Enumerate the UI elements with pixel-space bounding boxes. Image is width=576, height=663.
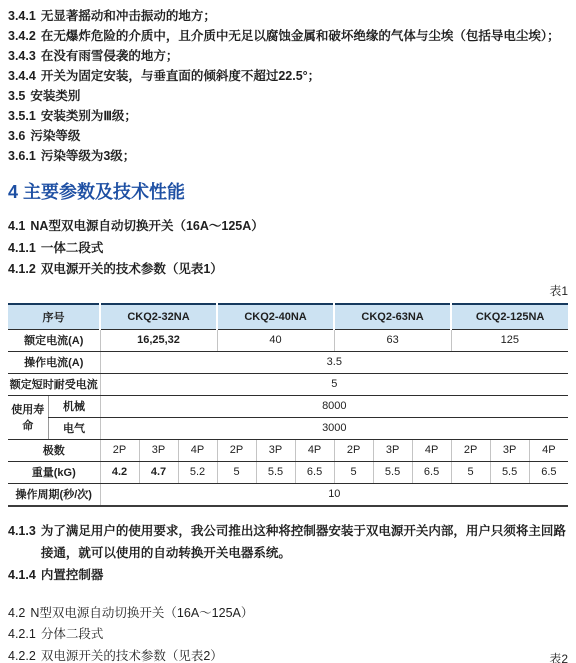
line-number: 3.4.1 [8, 6, 36, 26]
line-text: 分体二段式 [41, 624, 568, 646]
doc-line: 4.2.2 双电源开关的技术参数（见表2） [8, 646, 541, 663]
row-label: 额定短时耐受电流 [8, 373, 100, 395]
table-cell: 3P [373, 439, 412, 461]
table-cell: 4P [178, 439, 217, 461]
line-number: 4.2.2 [8, 646, 36, 663]
line-text: 安装类别 [30, 86, 568, 106]
table-cell: 5.5 [490, 461, 529, 483]
line-text: 双电源开关的技术参数（见表2） [41, 646, 542, 663]
table-cell: 8000 [100, 395, 568, 417]
table2-tag: 表2 [549, 652, 568, 663]
table-header-cell: CKQ2-32NA [100, 304, 217, 330]
table-cell: 3000 [100, 417, 568, 439]
table-header-cell: CKQ2-63NA [334, 304, 451, 330]
table-cell: 10 [100, 483, 568, 506]
section-4-2: 4.2 N型双电源自动切换开关（16A～125A） 4.2.1 分体二段式 4.… [8, 603, 568, 663]
table-cell: 5 [217, 461, 256, 483]
doc-line: 3.4.1 无显著摇动和冲击振动的地方； [8, 6, 568, 26]
table-cell: 5 [334, 461, 373, 483]
line-text: 一体二段式 [41, 238, 568, 260]
table-row-rated-current: 额定电流(A) 16,25,32 40 63 125 [8, 329, 568, 351]
line-text: 污染等级为3级； [41, 146, 568, 166]
table-cell: 4P [529, 439, 568, 461]
table-cell: 40 [217, 329, 334, 351]
row-label: 极数 [8, 439, 100, 461]
chapter-4-heading: 4 主要参数及技术性能 [8, 181, 568, 203]
doc-line: 4.1.2 双电源开关的技术参数（见表1） [8, 259, 568, 281]
table-header-cell: 序号 [8, 304, 100, 330]
line-text: 双电源开关的技术参数（见表1） [41, 259, 568, 281]
table-row-short-time-current: 额定短时耐受电流 5 [8, 373, 568, 395]
line-number: 3.4.4 [8, 66, 36, 86]
table-cell: 16,25,32 [100, 329, 217, 351]
table-cell: 3P [256, 439, 295, 461]
doc-line: 4.1.4 内置控制器 [8, 564, 568, 586]
row-label-service-life: 使用寿命 [8, 395, 48, 439]
doc-line: 3.6.1 污染等级为3级； [8, 146, 568, 166]
line-text: 为了满足用户的使用要求，我公司推出这种将控制器安装于双电源开关内部，用户只须将主… [41, 520, 568, 564]
table-header-cell: CKQ2-125NA [451, 304, 568, 330]
table-header-row: 序号 CKQ2-32NA CKQ2-40NA CKQ2-63NA CKQ2-12… [8, 304, 568, 330]
spec-table-1: 序号 CKQ2-32NA CKQ2-40NA CKQ2-63NA CKQ2-12… [8, 303, 568, 507]
line-number: 3.4.3 [8, 46, 36, 66]
table-row-life-electrical: 电气 3000 [8, 417, 568, 439]
doc-line: 3.5.1 安装类别为Ⅲ级； [8, 106, 568, 126]
table-row-life-mechanical: 使用寿命 机械 8000 [8, 395, 568, 417]
line-number: 4.1.3 [8, 520, 36, 542]
table-cell: 4P [412, 439, 451, 461]
line-text: 内置控制器 [41, 564, 568, 586]
section-4-1-after-table: 4.1.3 为了满足用户的使用要求，我公司推出这种将控制器安装于双电源开关内部，… [8, 520, 568, 586]
line-number: 4.1 [8, 216, 25, 238]
doc-line: 4.2.1 分体二段式 [8, 624, 568, 646]
table-cell: 6.5 [295, 461, 334, 483]
table-cell: 3P [139, 439, 178, 461]
line-number: 4.1.1 [8, 238, 36, 260]
table-cell: 3P [490, 439, 529, 461]
table-cell: 6.5 [529, 461, 568, 483]
doc-line: 4.1.1 一体二段式 [8, 238, 568, 260]
line-number: 4.1.4 [8, 564, 36, 586]
table-cell: 2P [451, 439, 490, 461]
line-number: 4.2 [8, 603, 25, 625]
line-text: 无显著摇动和冲击振动的地方； [41, 6, 568, 26]
table-cell: 125 [451, 329, 568, 351]
row-sublabel: 机械 [48, 395, 100, 417]
doc-line: 3.4.4 开关为固定安装，与垂直面的倾斜度不超过22.5°； [8, 66, 568, 86]
line-text: 在没有雨雪侵袭的地方； [41, 46, 568, 66]
table-cell: 3.5 [100, 351, 568, 373]
table-header-cell: CKQ2-40NA [217, 304, 334, 330]
line-number: 3.5.1 [8, 106, 36, 126]
line-text: 在无爆炸危险的介质中，且介质中无足以腐蚀金属和破坏绝缘的气体与尘埃（包括导电尘埃… [41, 26, 568, 46]
row-sublabel: 电气 [48, 417, 100, 439]
line-text: 开关为固定安装，与垂直面的倾斜度不超过22.5°； [41, 66, 568, 86]
table-cell: 63 [334, 329, 451, 351]
table-cell: 2P [217, 439, 256, 461]
section-4-2-2-row: 4.2.2 双电源开关的技术参数（见表2） 表2 [8, 646, 568, 663]
section-4-1: 4.1 NA型双电源自动切换开关（16A～125A） 4.1.1 一体二段式 4… [8, 216, 568, 281]
table-cell: 5 [100, 373, 568, 395]
table-cell: 6.5 [412, 461, 451, 483]
table-cell: 2P [100, 439, 139, 461]
doc-line: 4.1 NA型双电源自动切换开关（16A～125A） [8, 216, 568, 238]
table-cell: 5.5 [373, 461, 412, 483]
line-text: 安装类别为Ⅲ级； [41, 106, 568, 126]
table-cell: 2P [334, 439, 373, 461]
line-number: 3.6.1 [8, 146, 36, 166]
section-3-conditions: 3.4.1 无显著摇动和冲击振动的地方； 3.4.2 在无爆炸危险的介质中，且介… [8, 6, 568, 166]
table-cell: 5.5 [256, 461, 295, 483]
table-cell: 4.7 [139, 461, 178, 483]
table-cell: 4P [295, 439, 334, 461]
row-label: 操作电流(A) [8, 351, 100, 373]
doc-line: 3.4.3 在没有雨雪侵袭的地方； [8, 46, 568, 66]
doc-line: 4.1.3 为了满足用户的使用要求，我公司推出这种将控制器安装于双电源开关内部，… [8, 520, 568, 564]
line-number: 3.4.2 [8, 26, 36, 46]
doc-line: 3.5 安装类别 [8, 86, 568, 106]
row-label: 重量(kG) [8, 461, 100, 483]
table1-tag: 表1 [8, 284, 568, 299]
line-number: 3.6 [8, 126, 25, 146]
line-text: 污染等级 [30, 126, 568, 146]
doc-line: 4.2 N型双电源自动切换开关（16A～125A） [8, 603, 568, 625]
table-cell: 5 [451, 461, 490, 483]
row-label: 操作周期(秒/次) [8, 483, 100, 506]
table-cell: 5.2 [178, 461, 217, 483]
line-text: N型双电源自动切换开关（16A～125A） [30, 603, 568, 625]
table-row-op-current: 操作电流(A) 3.5 [8, 351, 568, 373]
line-text: NA型双电源自动切换开关（16A～125A） [30, 216, 568, 238]
doc-line: 3.6 污染等级 [8, 126, 568, 146]
line-number: 4.2.1 [8, 624, 36, 646]
table-row-cycle: 操作周期(秒/次) 10 [8, 483, 568, 506]
doc-line: 3.4.2 在无爆炸危险的介质中，且介质中无足以腐蚀金属和破坏绝缘的气体与尘埃（… [8, 26, 568, 46]
row-label: 额定电流(A) [8, 329, 100, 351]
line-number: 3.5 [8, 86, 25, 106]
document-page: 3.4.1 无显著摇动和冲击振动的地方； 3.4.2 在无爆炸危险的介质中，且介… [0, 0, 576, 663]
line-number: 4.1.2 [8, 259, 36, 281]
table-row-weight: 重量(kG) 4.2 4.7 5.2 5 5.5 6.5 5 5.5 6.5 5… [8, 461, 568, 483]
table-row-poles: 极数 2P 3P 4P 2P 3P 4P 2P 3P 4P 2P 3P 4P [8, 439, 568, 461]
table-cell: 4.2 [100, 461, 139, 483]
